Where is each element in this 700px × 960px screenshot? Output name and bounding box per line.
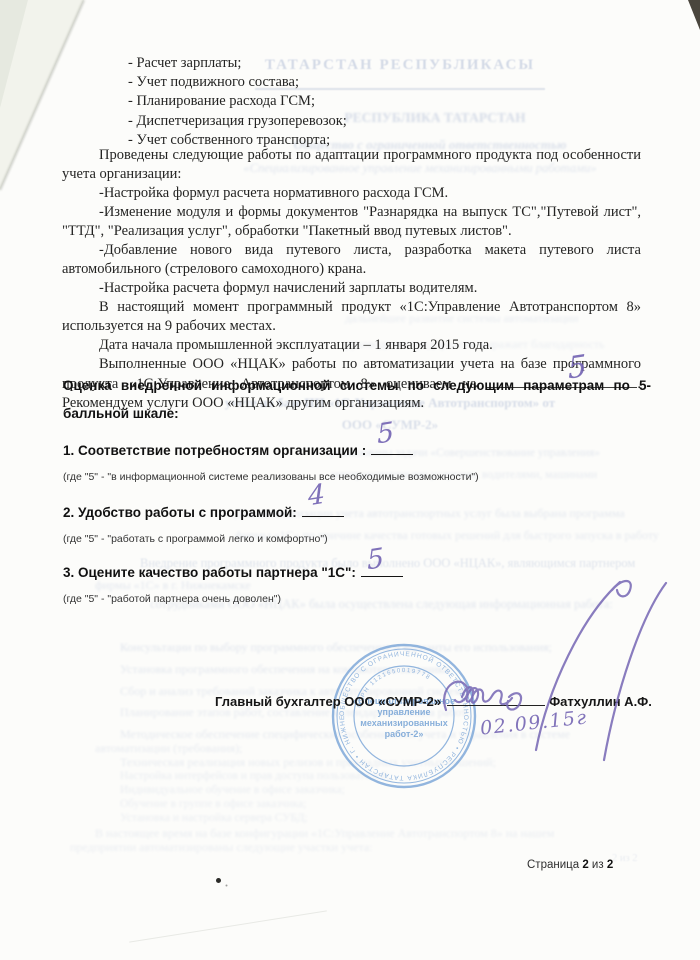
paragraph: -Изменение модуля и формы документов "Ра… <box>62 203 641 241</box>
list-item: - Расчет зарплаты; <box>128 54 347 73</box>
document-content: - Расчет зарплаты; - Учет подвижного сос… <box>0 0 700 960</box>
handwritten-score: 5 <box>366 545 384 575</box>
handwritten-score: 4 <box>307 481 325 511</box>
question-hint: (где "5" - "работой партнера очень довол… <box>63 593 281 605</box>
question-label: 3. Оцените качество работы партнера "1С"… <box>63 565 356 580</box>
signer-name: Фатхуллин А.Ф. <box>549 694 652 709</box>
list-item: - Диспетчеризация грузоперевозок; <box>128 112 347 131</box>
stamp-center-line: работ-2» <box>385 729 424 739</box>
signature-line <box>447 694 545 706</box>
list-item: - Планирование расхода ГСМ; <box>128 92 347 111</box>
footer-text: из <box>589 859 607 871</box>
question-3: 3. Оцените качество работы партнера "1С"… <box>63 564 403 582</box>
paragraph: -Добавление нового вида путевого листа, … <box>62 241 641 279</box>
question-label: 1. Соответствие потребностям организации… <box>63 443 366 458</box>
footer-page-total: 2 <box>607 859 613 871</box>
paragraph: Проведены следующие работы по адаптации … <box>62 146 641 184</box>
paragraph: Дата начала промышленной эксплуатации – … <box>62 336 641 355</box>
footer-text: Страница <box>527 859 582 871</box>
score-blank-line: 5 <box>361 565 403 577</box>
rating-intro: Оценка внедренной информационной системы… <box>63 372 651 428</box>
question-1: 1. Соответствие потребностям организации… <box>63 442 413 460</box>
feature-list: - Расчет зарплаты; - Учет подвижного сос… <box>128 54 347 150</box>
paragraph: -Настройка формул расчета нормативного р… <box>62 184 641 203</box>
question-label: 2. Удобство работы с программой: <box>63 505 297 520</box>
question-hint: (где "5" - "в информационной системе реа… <box>63 471 479 483</box>
score-blank-line: 5 <box>371 443 413 455</box>
score-blank-line: 4 <box>302 505 344 517</box>
handwritten-score: 5 <box>377 419 395 449</box>
page-number: Страница 2 из 2 <box>527 859 613 871</box>
signer-role: Главный бухгалтер ООО «СУМР-2» <box>215 694 441 709</box>
question-2: 2. Удобство работы с программой:4 (где "… <box>63 504 344 522</box>
paragraph: В настоящий момент программный продукт «… <box>62 298 641 336</box>
scanned-document-page: ТАТАРСТАН РЕСПУБЛИКАСЫ РЕСПУБЛИКА ТАТАРС… <box>0 0 700 960</box>
question-hint: (где "5" - "работать с программой легко … <box>63 533 328 545</box>
list-item: - Учет подвижного состава; <box>128 73 347 92</box>
paragraph: -Настройка расчета формул начислений зар… <box>62 279 641 298</box>
stamp-center-line: механизированных <box>360 718 448 728</box>
company-round-stamp: ОБЩЕСТВО С ОГРАНИЧЕННОЙ ОТВЕТСТВЕННОСТЬЮ… <box>328 640 480 792</box>
